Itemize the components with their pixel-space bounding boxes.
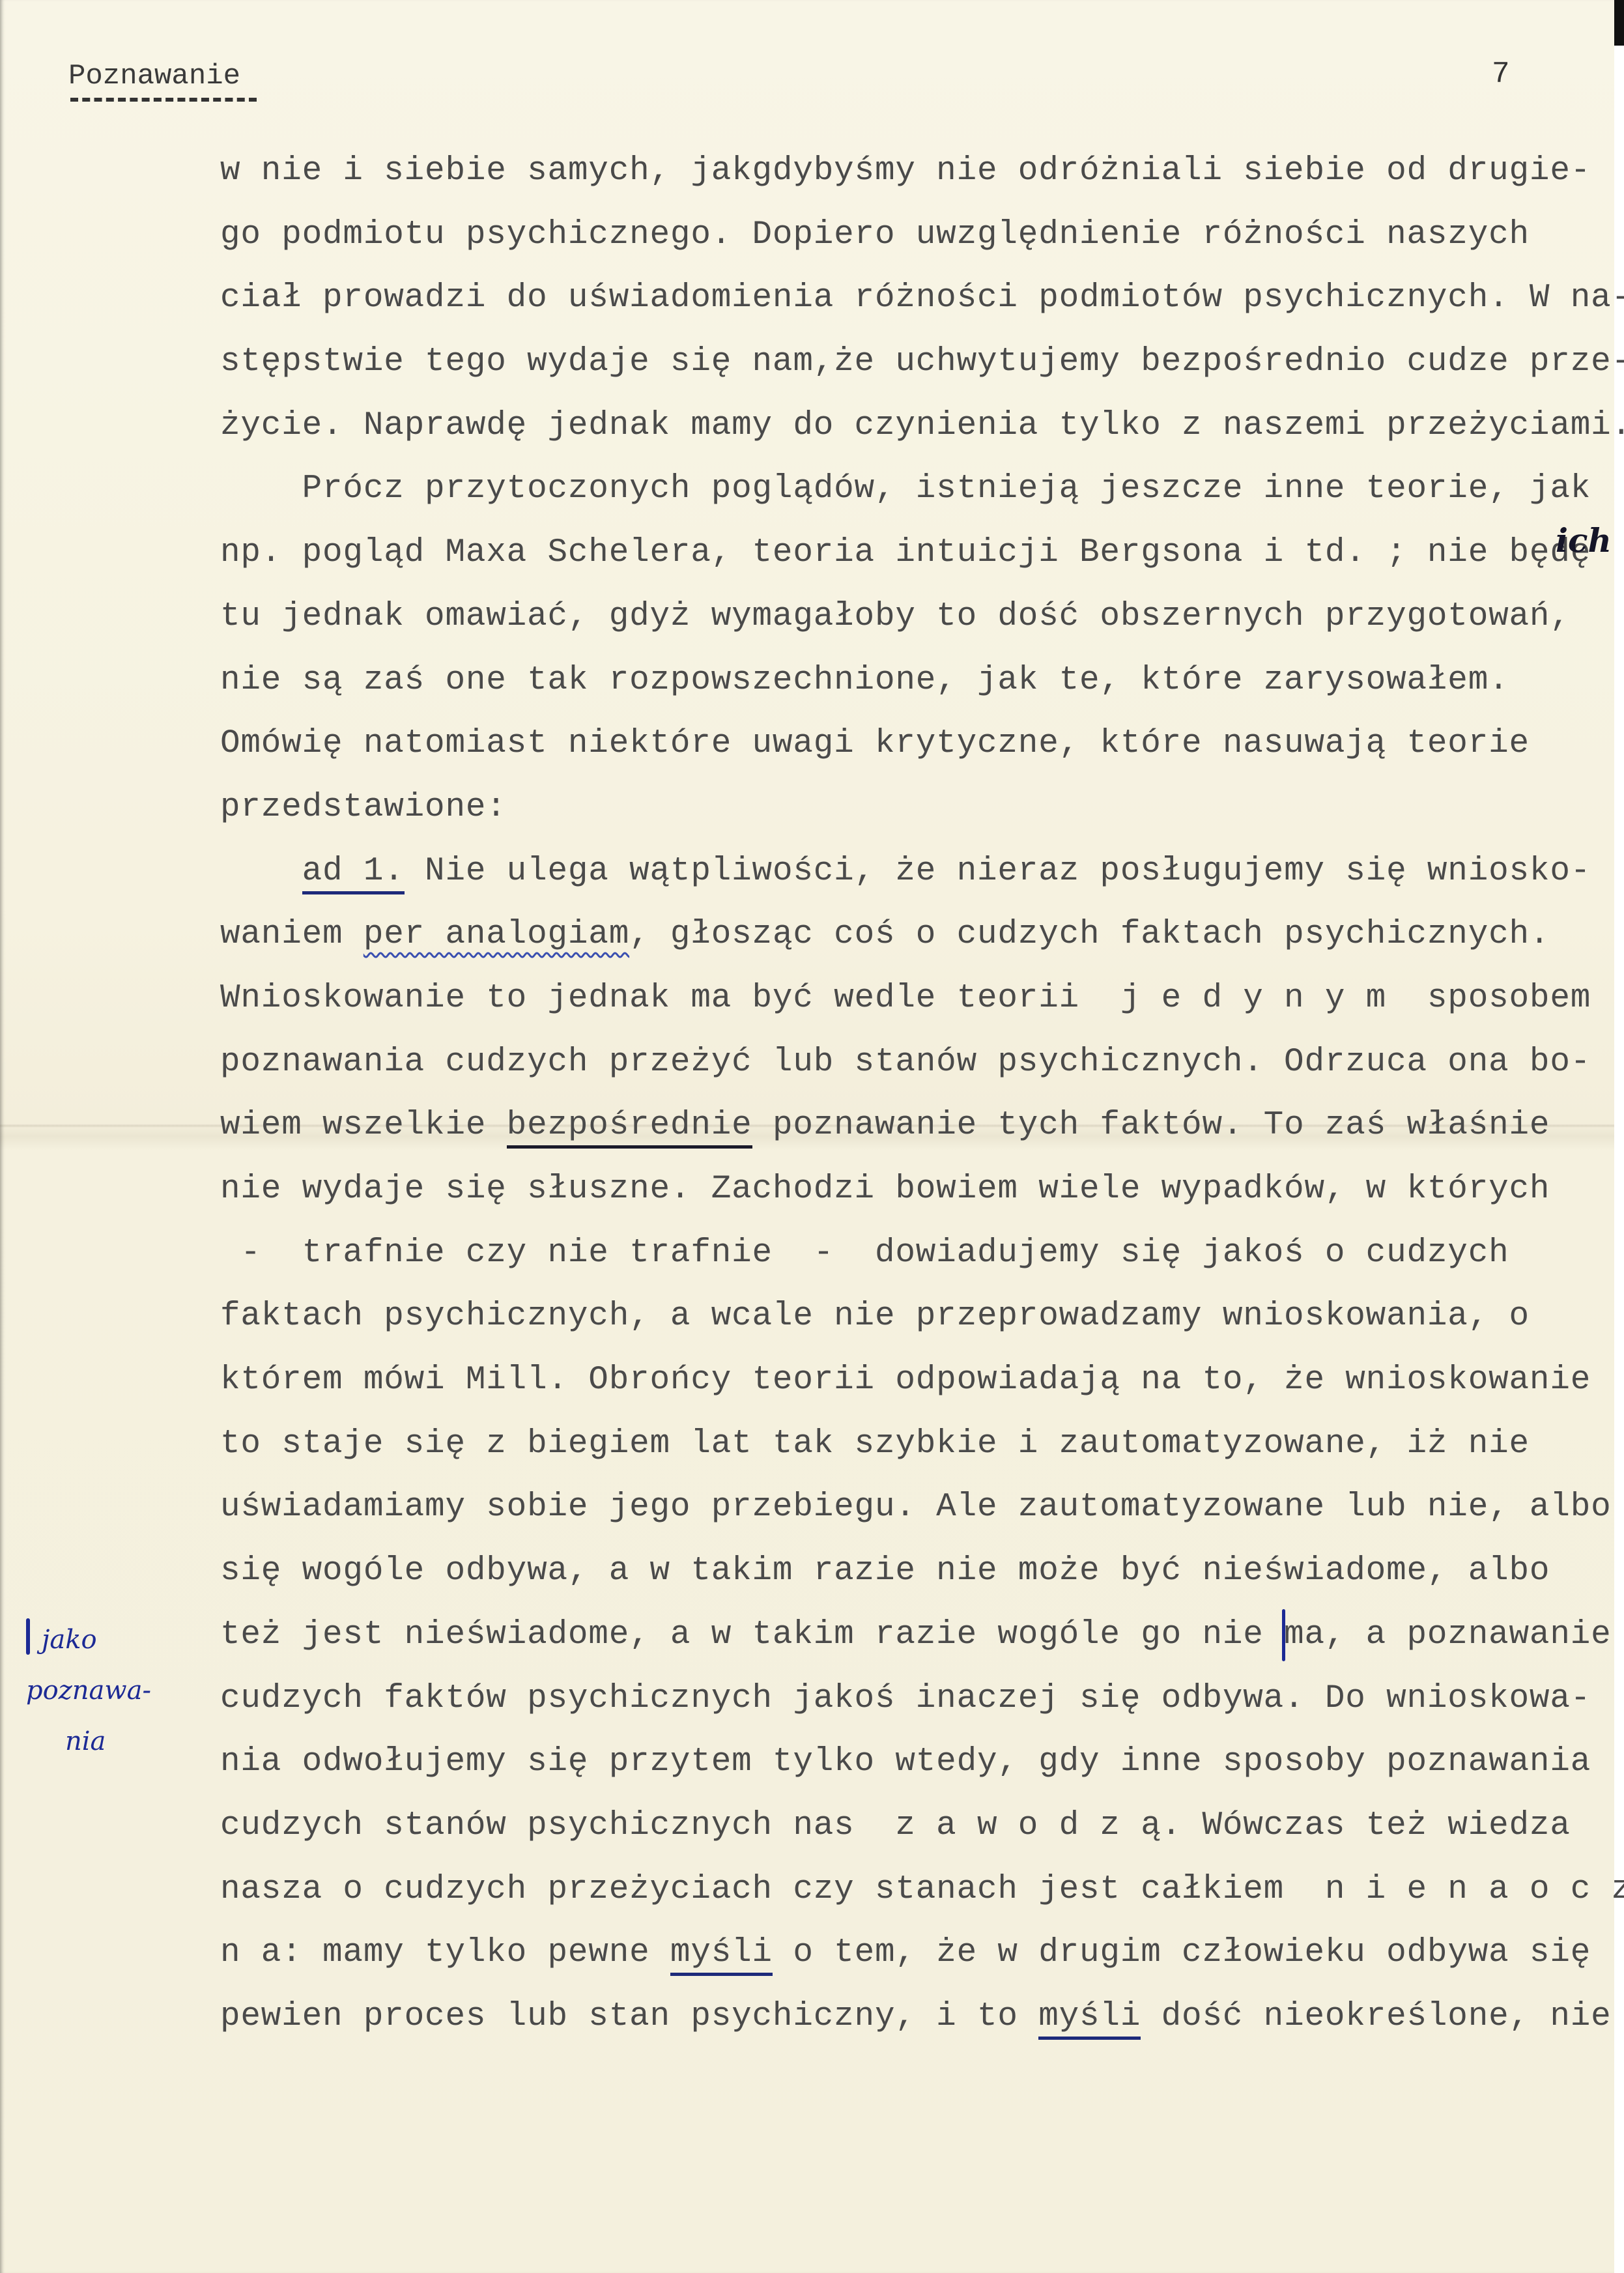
text-line: nie wydaje się słuszne. Zachodzi bowiem … — [220, 1167, 1562, 1231]
margin-note-left-line2: nia — [65, 1726, 106, 1756]
insertion-caret-icon — [1282, 1609, 1285, 1661]
text-line: nie są zaś one tak rozpowszechnione, jak… — [220, 658, 1562, 722]
underlined-phrase: ad 1. — [302, 853, 405, 894]
body-text: w nie i siebie samych, jakgdybyśmy nie o… — [220, 149, 1562, 2058]
text-line: cudzych stanów psychicznych nas z a w o … — [220, 1803, 1562, 1867]
text-line: tu jednak omawiać, gdyż wymagałoby to do… — [220, 594, 1562, 658]
text-line: Omówię natomiast niektóre uwagi krytyczn… — [220, 721, 1562, 785]
text-line: go podmiotu psychicznego. Dopiero uwzglę… — [220, 212, 1562, 276]
text-line: nia odwołujemy się przytem tylko wtedy, … — [220, 1739, 1562, 1803]
text-line: w nie i siebie samych, jakgdybyśmy nie o… — [220, 149, 1562, 212]
text-line: też jest nieświadome, a w takim razie wo… — [220, 1612, 1562, 1676]
insert-mark-icon — [26, 1618, 30, 1655]
header-underline — [70, 98, 257, 102]
text-line: nasza o cudzych przeżyciach czy stanach … — [220, 1867, 1562, 1931]
margin-note-right: ich — [1556, 521, 1612, 560]
margin-note-left-line1: jako poznawa- — [26, 1625, 151, 1706]
text-line: waniem per analogiam, głosząc coś o cudz… — [220, 912, 1562, 976]
text-line: stępstwie tego wydaje się nam,że uchwytu… — [220, 339, 1562, 403]
text-line: Prócz przytoczonych poglądów, istnieją j… — [220, 466, 1562, 530]
text-line: poznawania cudzych przeżyć lub stanów ps… — [220, 1040, 1562, 1104]
text-line: faktach psychicznych, a wcale nie przepr… — [220, 1294, 1562, 1358]
text-line: ciał prowadzi do uświadomienia różności … — [220, 276, 1562, 339]
underlined-phrase: per analogiam — [363, 916, 629, 953]
text-line: to staje się z biegiem lat tak szybkie i… — [220, 1422, 1562, 1485]
underlined-phrase: myśli — [1038, 1998, 1141, 2040]
text-line: się wogóle odbywa, a w takim razie nie m… — [220, 1549, 1562, 1612]
text-line: Wnioskowanie to jednak ma być wedle teor… — [220, 976, 1562, 1040]
page-number: 7 — [1492, 57, 1510, 91]
text-line: którem mówi Mill. Obrońcy teorii odpowia… — [220, 1358, 1562, 1422]
text-line: przedstawione: — [220, 785, 1562, 849]
running-header: Poznawanie — [68, 60, 240, 93]
margin-note-left: jako poznawa- nia — [26, 1614, 221, 1767]
text-line: pewien proces lub stan psychiczny, i to … — [220, 1994, 1562, 2058]
scan-border — [1614, 0, 1624, 46]
underlined-phrase: bezpośrednie — [507, 1107, 752, 1149]
text-line: wiem wszelkie bezpośrednie poznawanie ty… — [220, 1103, 1562, 1167]
text-line: uświadamiamy sobie jego przebiegu. Ale z… — [220, 1485, 1562, 1549]
text-line: n a: mamy tylko pewne myśli o tem, że w … — [220, 1930, 1562, 1994]
text-line: ad 1. Nie ulega wątpliwości, że nieraz p… — [220, 849, 1562, 913]
underlined-phrase: myśli — [670, 1934, 773, 1976]
text-line: cudzych faktów psychicznych jakoś inacze… — [220, 1676, 1562, 1740]
text-line: życie. Naprawdę jednak mamy do czynienia… — [220, 403, 1562, 467]
text-line: np. pogląd Maxa Schelera, teoria intuicj… — [220, 530, 1562, 594]
text-line: - trafnie czy nie trafnie - dowiadujemy … — [220, 1231, 1562, 1294]
